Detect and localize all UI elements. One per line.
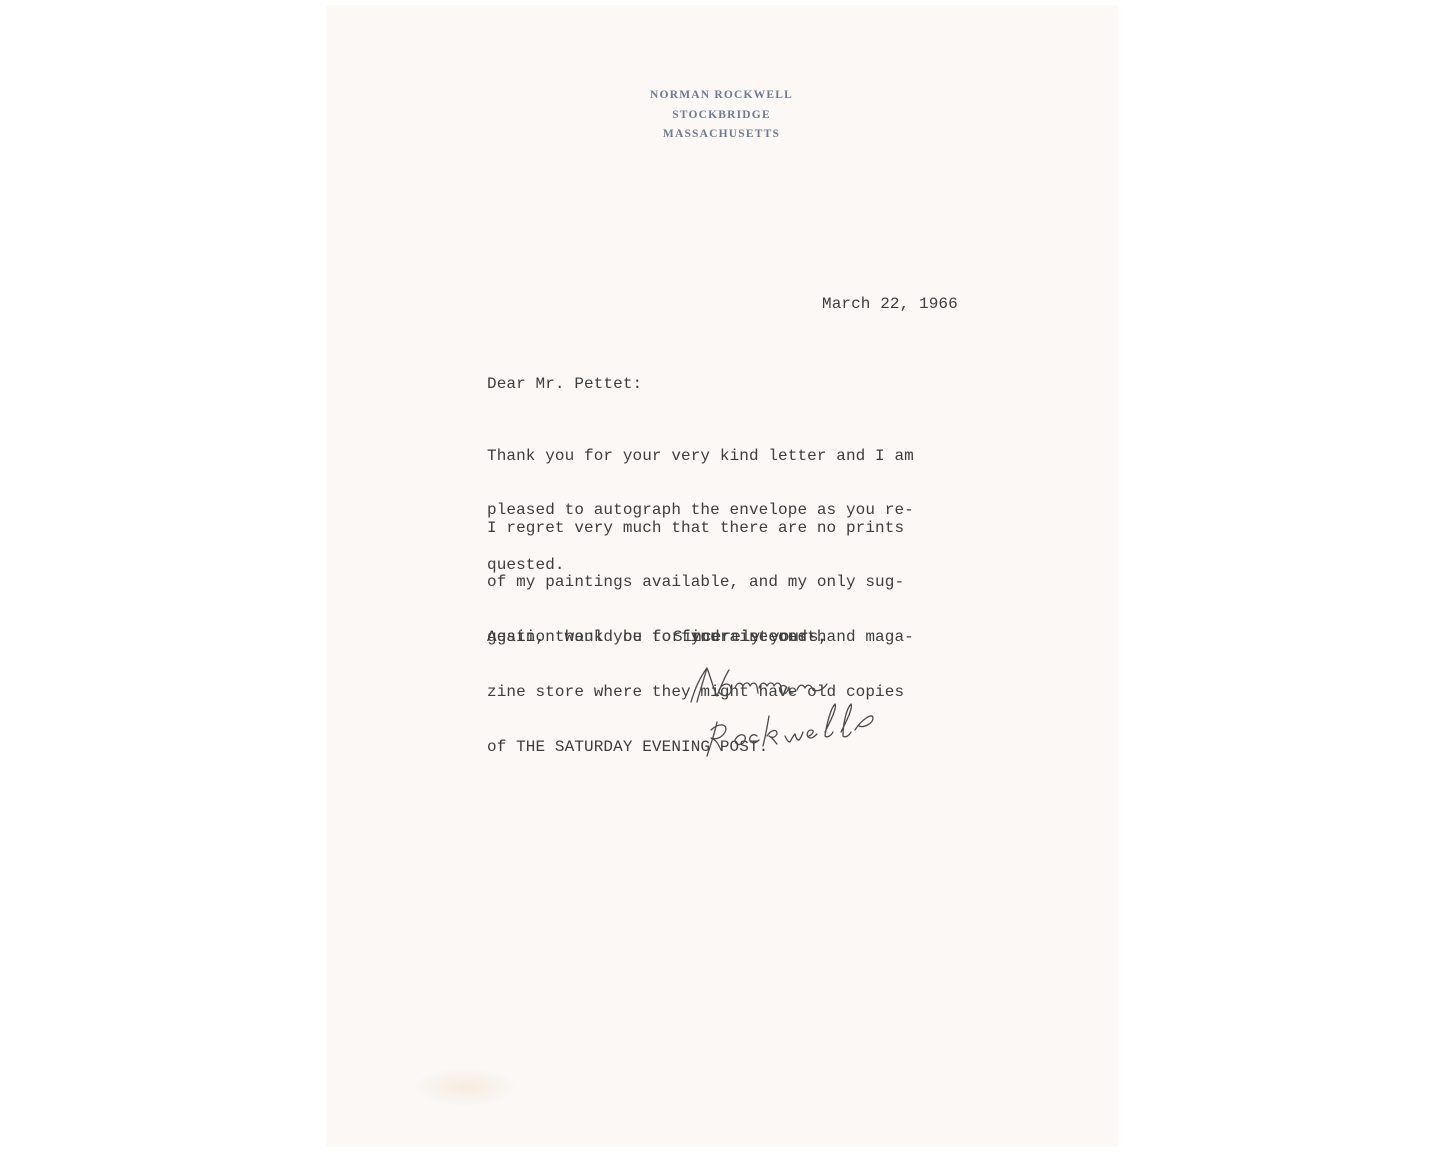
letterhead-state: MASSACHUSETTS bbox=[325, 125, 1118, 145]
signature: Norman Rockwell bbox=[677, 658, 947, 768]
letterhead-name: NORMAN ROCKWELL bbox=[325, 86, 1118, 106]
letter-date: March 22, 1966 bbox=[822, 295, 958, 313]
paper-stain bbox=[415, 1068, 515, 1106]
letter-page: NORMAN ROCKWELL STOCKBRIDGE MASSACHUSETT… bbox=[327, 6, 1118, 1146]
salutation: Dear Mr. Pettet: bbox=[487, 375, 642, 393]
letterhead: NORMAN ROCKWELL STOCKBRIDGE MASSACHUSETT… bbox=[327, 86, 1118, 145]
closing: Sincerely yours, bbox=[673, 628, 828, 646]
paragraph-line: of my paintings available, and my only s… bbox=[487, 573, 914, 591]
letterhead-town: STOCKBRIDGE bbox=[325, 106, 1118, 126]
paragraph-line: I regret very much that there are no pri… bbox=[487, 519, 914, 537]
paragraph-line: Thank you for your very kind letter and … bbox=[487, 447, 914, 465]
